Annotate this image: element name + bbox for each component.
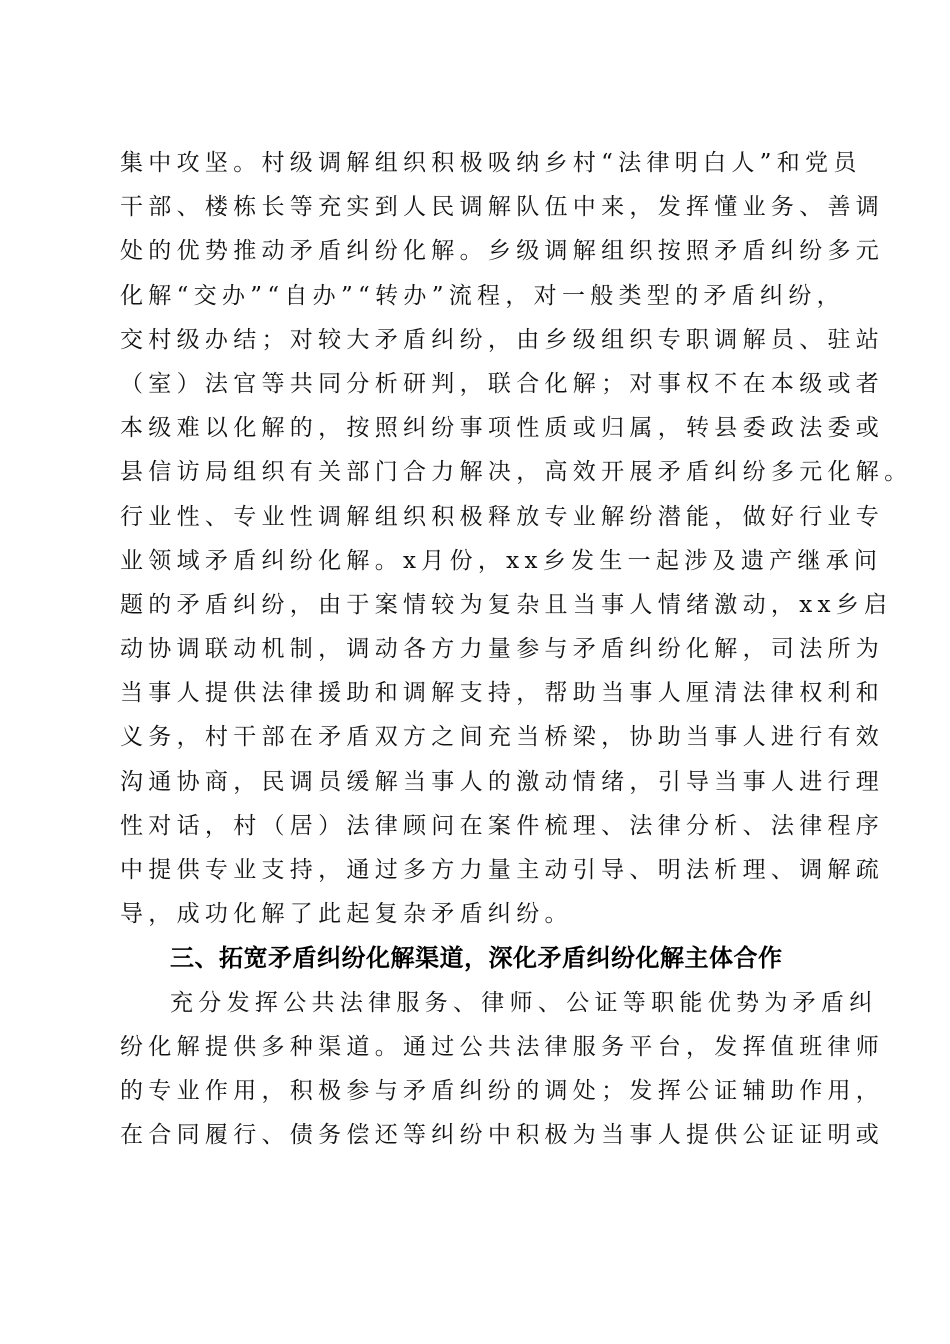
text-line: （室）法官等共同分析研判，联合化解；对事权不在本级或者 — [120, 362, 820, 406]
document-page: 集中攻坚。村级调解组织积极吸纳乡村“法律明白人”和党员 干部、楼栋长等充实到人民… — [0, 0, 950, 1344]
text-line: 化解“交办”“自办”“转办”流程，对一般类型的矛盾纠纷， — [120, 274, 820, 318]
text-line: 在合同履行、债务偿还等纠纷中积极为当事人提供公证证明或 — [120, 1113, 820, 1157]
text-line: 题的矛盾纠纷，由于案情较为复杂且当事人情绪激动，xx乡启 — [120, 583, 820, 627]
text-line: 行业性、专业性调解组织积极释放专业解纷潜能，做好行业专 — [120, 495, 820, 539]
text-line: 沟通协商，民调员缓解当事人的激动情绪，引导当事人进行理 — [120, 760, 820, 804]
text-line: 的专业作用，积极参与矛盾纠纷的调处；发挥公证辅助作用， — [120, 1069, 820, 1113]
text-line: 交村级办结；对较大矛盾纠纷，由乡级组织专职调解员、驻站 — [120, 318, 820, 362]
text-line: 当事人提供法律援助和调解支持，帮助当事人厘清法律权利和 — [120, 671, 820, 715]
paragraph-legal-services: 充分发挥公共法律服务、律师、公证等职能优势为矛盾纠 纷化解提供多种渠道。通过公共… — [120, 981, 820, 1158]
text-line: 义务，村干部在矛盾双方之间充当桥梁，协助当事人进行有效 — [120, 715, 820, 759]
document-body: 集中攻坚。村级调解组织积极吸纳乡村“法律明白人”和党员 干部、楼栋长等充实到人民… — [120, 141, 820, 1157]
text-line: 县信访局组织有关部门合力解决，高效开展矛盾纠纷多元化解。 — [120, 450, 820, 494]
text-line: 处的优势推动矛盾纠纷化解。乡级调解组织按照矛盾纠纷多元 — [120, 229, 820, 273]
text-line: 动协调联动机制，调动各方力量参与矛盾纠纷化解，司法所为 — [120, 627, 820, 671]
text-line: 业领域矛盾纠纷化解。x月份，xx乡发生一起涉及遗产继承问 — [120, 539, 820, 583]
text-line: 纷化解提供多种渠道。通过公共法律服务平台，发挥值班律师 — [120, 1025, 820, 1069]
text-line: 充分发挥公共法律服务、律师、公证等职能优势为矛盾纠 — [120, 981, 820, 1025]
text-line: 干部、楼栋长等充实到人民调解队伍中来，发挥懂业务、善调 — [120, 185, 820, 229]
text-line: 集中攻坚。村级调解组织积极吸纳乡村“法律明白人”和党员 — [120, 141, 820, 185]
section-heading: 三、拓宽矛盾纠纷化解渠道，深化矛盾纠纷化解主体合作 — [120, 936, 820, 980]
text-line: 中提供专业支持，通过多方力量主动引导、明法析理、调解疏 — [120, 848, 820, 892]
paragraph-mediation-organizations: 集中攻坚。村级调解组织积极吸纳乡村“法律明白人”和党员 干部、楼栋长等充实到人民… — [120, 141, 820, 936]
text-line: 导，成功化解了此起复杂矛盾纠纷。 — [120, 892, 820, 936]
text-line: 本级难以化解的，按照纠纷事项性质或归属，转县委政法委或 — [120, 406, 820, 450]
text-line: 性对话，村（居）法律顾问在案件梳理、法律分析、法律程序 — [120, 804, 820, 848]
